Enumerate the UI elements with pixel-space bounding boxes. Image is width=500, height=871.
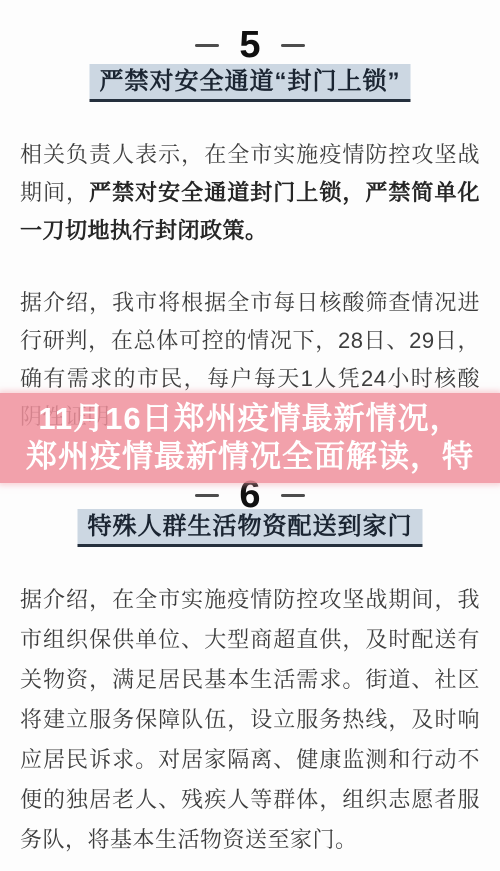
title-overlay-band: 11月16日郑州疫情最新情况， 郑州疫情最新情况全面解读，特 xyxy=(0,393,500,483)
section-5-marker: 5 xyxy=(0,27,500,63)
section-dash-right xyxy=(281,494,305,497)
section-5-headline: 严禁对安全通道“封门上锁” xyxy=(90,64,411,102)
overlay-title-line-1: 11月16日郑州疫情最新情况， xyxy=(38,400,461,438)
overlay-title-line-2: 郑州疫情最新情况全面解读，特 xyxy=(26,438,474,476)
section-dash-left xyxy=(195,494,219,497)
section-6-headline: 特殊人群生活物资配送到家门 xyxy=(78,509,423,547)
section-6-paragraph-1: 据介绍，在全市实施疫情防控攻坚战期间，我市组织保供单位、大型商超直供，及时配送有… xyxy=(20,580,480,860)
section-5-number: 5 xyxy=(239,27,260,63)
section-5-paragraph-1: 相关负责人表示，在全市实施疫情防控攻坚战期间，严禁对安全通道封门上锁，严禁简单化… xyxy=(20,136,480,250)
section-dash-left xyxy=(195,44,219,47)
article-page: 5 严禁对安全通道“封门上锁” 相关负责人表示，在全市实施疫情防控攻坚战期间，严… xyxy=(0,0,500,871)
paragraph-bold-text: 严禁对安全通道封门上锁，严禁简单化一刀切地执行封闭政策。 xyxy=(20,180,480,243)
section-dash-right xyxy=(281,44,305,47)
